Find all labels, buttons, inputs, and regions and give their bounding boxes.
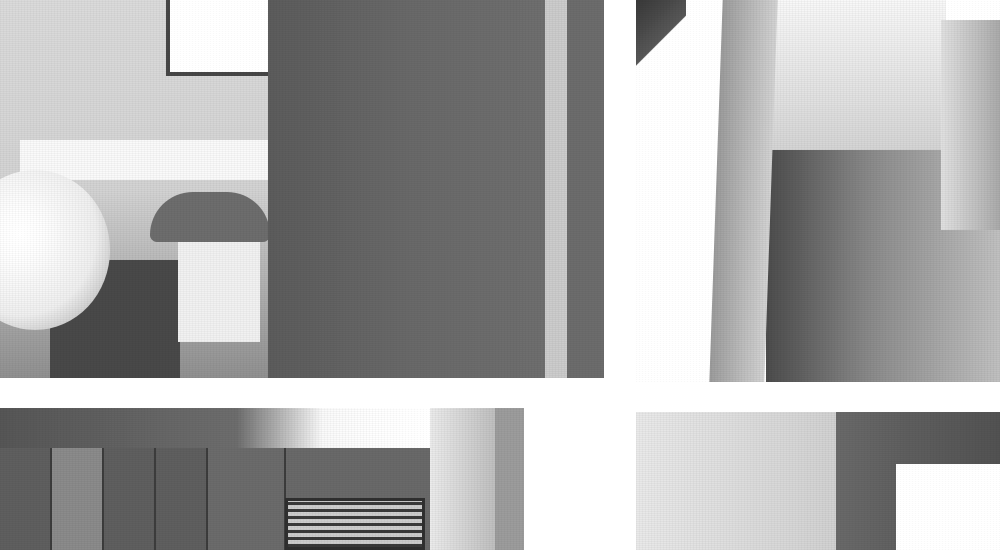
- door-frame: [545, 0, 567, 378]
- room-ceiling: [0, 408, 430, 448]
- toilet-seat: [150, 192, 270, 242]
- door-edge: [567, 0, 604, 378]
- toilet-base: [178, 242, 260, 342]
- photo-hallway: [636, 0, 1000, 382]
- wall-panel: [208, 448, 286, 550]
- wall-panel: [156, 448, 208, 550]
- photo-room: [0, 408, 524, 550]
- pillar-edge: [495, 408, 524, 550]
- wall-panel: [104, 448, 156, 550]
- hallway-corner: [636, 0, 686, 80]
- photo-bathroom: [0, 0, 604, 378]
- bathroom-window: [166, 0, 276, 76]
- room-pillar: [430, 408, 495, 550]
- barred-window: [285, 498, 425, 550]
- hallway-back-wall: [766, 0, 946, 155]
- wall-panel: [0, 448, 52, 550]
- open-door: [268, 0, 558, 378]
- light-wall: [636, 412, 836, 550]
- wall-panel: [52, 448, 104, 550]
- white-cutout-top: [941, 464, 1000, 486]
- hallway-door: [941, 20, 1000, 230]
- photo-wall: [636, 412, 1000, 550]
